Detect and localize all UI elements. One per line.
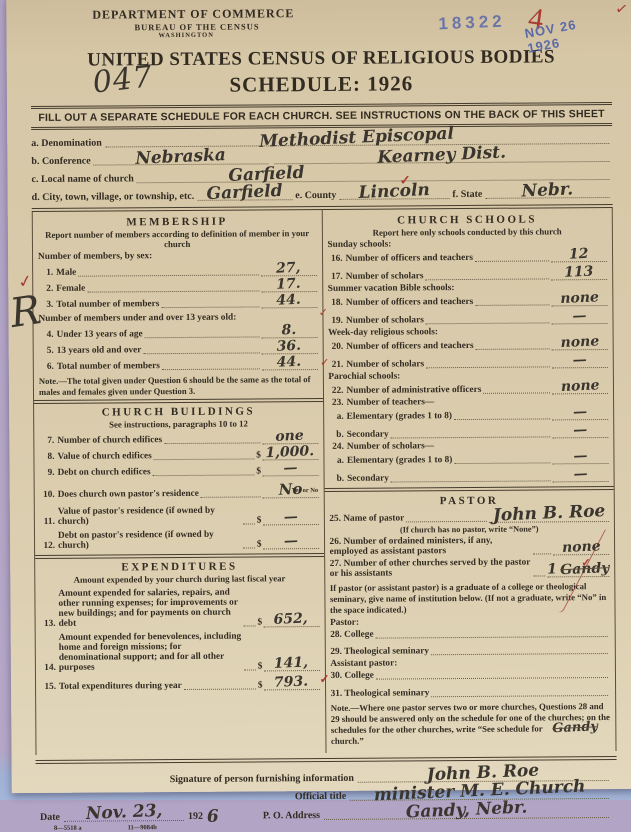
pastor-note: Note.—Where one pastor serves two or mor… xyxy=(331,701,611,747)
q21-number: 21. xyxy=(328,360,343,370)
q7-label: Number of church edifices xyxy=(57,436,162,447)
q6-answer-line: 44. xyxy=(261,358,317,370)
question-30: 30. College xyxy=(330,669,610,681)
q24a-number: a. xyxy=(329,456,344,466)
q23a-label: Elementary (grades 1 to 8) xyxy=(347,411,452,422)
q20-label: Number of officers and teachers xyxy=(346,341,473,352)
question-27: 27. Number of other churches served by t… xyxy=(330,557,610,579)
expenditures-title: EXPENDITURES xyxy=(40,560,319,574)
q23a-answer-line: — xyxy=(552,408,608,420)
q20-answer-line: none xyxy=(552,338,608,350)
buildings-title: CHURCH BUILDINGS xyxy=(39,405,318,419)
state-value: Nebr. xyxy=(521,184,573,198)
conference-line: Nebraska xyxy=(94,150,269,165)
dotted-leader xyxy=(184,689,256,691)
members-by-age-heading: Number of members under and over 13 year… xyxy=(38,312,317,324)
question-10: 10.Does church own pastor's residenceNoY… xyxy=(40,484,319,500)
q14-label: Amount expended for benevolences, includ… xyxy=(59,632,242,673)
q4-answer-line: 8. xyxy=(261,326,317,338)
question-26: 26. Number of ordained ministers, if any… xyxy=(330,535,610,557)
assistant-pastor-subheading: Assistant pastor: xyxy=(330,657,610,669)
q17-answer-line: 113 xyxy=(551,268,607,280)
schools-title: CHURCH SCHOOLS xyxy=(327,213,607,227)
q17-label: Number of scholars xyxy=(346,271,424,282)
q24a-label: Elementary (grades 1 to 8) xyxy=(347,455,452,466)
dotted-leader xyxy=(426,322,550,324)
q24b-label: Secondary xyxy=(347,474,389,484)
dotted-leader xyxy=(431,653,608,655)
q13-value: 652, xyxy=(274,615,308,626)
question-18: 18.Number of officers and teachersnone xyxy=(328,294,608,308)
dollar-sign: $ xyxy=(257,540,262,550)
county-value: Lincoln xyxy=(358,185,430,200)
q18-answer-line: none xyxy=(551,294,607,306)
q17-value: 113 xyxy=(564,268,594,279)
q24a-value: — xyxy=(573,452,587,462)
dotted-leader xyxy=(78,274,258,276)
q17-number: 17. xyxy=(328,272,343,282)
q15-label: Total expenditures during year xyxy=(59,681,182,692)
dotted-leader xyxy=(406,521,487,523)
denomination-line: Methodist Episcopal xyxy=(105,130,610,148)
q27-answer-line: ✓1Gandy xyxy=(547,565,609,577)
q14-answer-line: 141, xyxy=(263,659,319,671)
q8-label: Value of church edifices xyxy=(57,452,151,463)
question-17: 17.Number of scholars113 xyxy=(328,268,608,282)
q18-value: none xyxy=(560,293,599,304)
q22-number: 22. xyxy=(328,386,343,396)
q5-answer-line: 36. xyxy=(261,342,317,354)
section-divider xyxy=(324,486,614,492)
city-value: Garfield xyxy=(206,186,282,201)
q15-answer-line: 793.✓ xyxy=(263,678,319,690)
q31-label: 31. Theological seminary xyxy=(331,688,430,699)
serial-number-stamp: 18322 xyxy=(438,12,506,35)
dotted-leader xyxy=(391,480,551,482)
q24-number: 24. xyxy=(329,442,344,452)
dotted-leader xyxy=(533,553,551,554)
q3-value: 44. xyxy=(276,296,301,307)
pastor-note-fill-value: Gandy xyxy=(545,722,607,734)
dotted-leader xyxy=(164,443,260,445)
dotted-leader xyxy=(426,366,550,368)
q6-value: 44. xyxy=(277,358,302,369)
pastor-subheading: Pastor: xyxy=(330,616,610,628)
question-19: 19.Number of scholars— xyxy=(328,312,608,326)
question-16: 16.Number of officers and teachers12 xyxy=(328,250,608,264)
sunday-schools-heading: Sunday schools: xyxy=(327,238,607,250)
q4-value: 8. xyxy=(282,326,297,336)
question-24: 24.Number of scholars— xyxy=(329,440,609,452)
q28-label: 28. College xyxy=(330,630,373,640)
dotted-leader xyxy=(145,336,259,338)
q20-value: none xyxy=(560,337,599,348)
q29-label: 29. Theological seminary xyxy=(330,646,429,657)
form-subtitle: 047 SCHEDULE: 1926 xyxy=(31,70,612,99)
q5-label: 13 years old and over xyxy=(57,345,142,356)
schools-subtitle: Report here only schools conducted by th… xyxy=(327,226,607,238)
dotted-leader xyxy=(454,418,550,420)
q9-value: — xyxy=(283,464,297,474)
conference-label: b. Conference xyxy=(31,156,90,167)
q11-answer-line: — xyxy=(262,513,318,525)
question-31: 31. Theological seminary xyxy=(331,687,611,699)
dotted-leader xyxy=(431,695,608,697)
field-denomination: a. Denomination Methodist Episcopal xyxy=(31,130,612,149)
q12-label: Debt on pastor's residence (if owned by … xyxy=(58,530,241,551)
q2-number: 2. xyxy=(38,284,53,294)
q13-answer-line: 652, xyxy=(263,615,319,627)
q23b-answer-line: — xyxy=(552,426,608,438)
dollar-sign: $ xyxy=(256,467,261,477)
q16-number: 16. xyxy=(328,254,343,264)
q1-label: Male xyxy=(56,268,76,278)
state-label: f. State xyxy=(452,189,482,200)
dotted-leader xyxy=(376,636,608,639)
local-name-label: c. Local name of church xyxy=(31,173,133,185)
question-22: 22.Number of administrative officersnone xyxy=(328,382,608,396)
signature-block: Signature of person furnishing informati… xyxy=(36,762,617,800)
membership-subtitle: Report number of members according to de… xyxy=(38,228,317,250)
question-14: 14.Amount expended for benevolences, inc… xyxy=(41,631,320,673)
question-3: 3.Total number of members44. xyxy=(38,296,317,310)
q10-number: 10. xyxy=(40,490,55,500)
q25-label: 25. Name of pastor xyxy=(329,513,404,524)
question-12: 12.Debt on pastor's residence (if owned … xyxy=(40,529,319,551)
dotted-leader xyxy=(243,626,255,627)
instruction-banner-text: FILL OUT A SEPARATE SCHEDULE FOR EACH CH… xyxy=(31,104,612,128)
q20-number: 20. xyxy=(328,342,343,352)
q19-label: Number of scholars xyxy=(346,315,424,326)
q22-value: none xyxy=(560,381,599,392)
q25-answer-line: John B. Roe xyxy=(489,508,609,523)
section-divider xyxy=(34,398,323,404)
q24b-number: b. xyxy=(329,474,344,484)
question-6: 6.Total number of members44. xyxy=(39,358,318,372)
q10-label: Does church own pastor's residence xyxy=(58,489,199,500)
question-11: 11.Value of pastor's residence (if owned… xyxy=(40,505,319,527)
dotted-leader xyxy=(201,497,260,498)
question-29: 29. Theological seminary xyxy=(330,645,610,657)
q30-label: 30. College xyxy=(330,671,373,681)
dotted-leader xyxy=(476,348,550,350)
q6-label: Total number of members xyxy=(57,361,160,372)
official-title-row: Official title minister M. E. Church xyxy=(295,786,613,800)
q24b-value: — xyxy=(573,470,587,480)
q13-number: 13. xyxy=(41,619,56,629)
census-form-page: DEPARTMENT OF COMMERCE BUREAU OF THE CEN… xyxy=(6,0,631,793)
q11-number: 11. xyxy=(40,517,55,527)
q9-label: Debt on church edifices xyxy=(58,468,151,479)
membership-title: MEMBERSHIP xyxy=(38,215,317,229)
q24-label: Number of scholars— xyxy=(347,441,434,452)
dollar-sign: $ xyxy=(258,662,263,672)
dotted-leader xyxy=(483,392,550,393)
conference-value: Nebraska xyxy=(136,150,227,166)
q11-label: Value of pastor's residence (if owned by… xyxy=(58,506,241,527)
q1-number: 1. xyxy=(38,268,53,278)
q10-answer-line: NoYes or No xyxy=(262,484,318,498)
pastor-name-value: John B. Roe xyxy=(492,506,605,523)
dollar-sign: $ xyxy=(258,681,263,691)
q3-number: 3. xyxy=(38,300,53,310)
question-23a: a.Elementary (grades 1 to 8)— xyxy=(329,408,609,422)
red-code-handwritten: 047 xyxy=(92,66,154,94)
q22-label: Number of administrative officers xyxy=(346,385,481,396)
membership-note: Note.—The total given under Question 6 s… xyxy=(39,374,318,397)
q19-value: — xyxy=(572,312,586,322)
dotted-leader xyxy=(244,670,256,671)
question-23b: b.Secondary— xyxy=(329,426,609,440)
q9-answer-line: — xyxy=(262,464,318,476)
q24a-answer-line: — xyxy=(552,452,608,464)
county-label: e. County xyxy=(295,190,336,201)
field-conference: b. Conference Nebraska Kearney Dist. xyxy=(31,148,612,167)
official-title-line: minister M. E. Church xyxy=(350,786,609,800)
section-divider xyxy=(35,553,324,559)
dotted-leader xyxy=(475,304,549,306)
dotted-leader xyxy=(376,677,608,680)
dotted-leader xyxy=(454,462,550,464)
q26-label: 26. Number of ordained ministers, if any… xyxy=(330,536,531,557)
q12-number: 12. xyxy=(40,541,55,551)
signature-label: Signature of person furnishing informati… xyxy=(170,773,354,785)
question-28: 28. College xyxy=(330,628,610,640)
q1-answer-line: 27, xyxy=(261,264,317,276)
q21-label: Number of scholars xyxy=(346,359,424,370)
q23a-number: a. xyxy=(329,412,344,422)
q12-value: — xyxy=(283,537,297,547)
q6-number: 6. xyxy=(39,362,54,372)
q27-red-number: 1 xyxy=(547,565,557,575)
q5-number: 5. xyxy=(39,346,54,356)
state-line: Nebr. xyxy=(485,184,609,199)
dotted-leader xyxy=(243,524,255,525)
q27-label: 27. Number of other churches served by t… xyxy=(330,558,531,579)
q18-number: 18. xyxy=(328,298,343,308)
dotted-leader xyxy=(533,575,545,576)
identification-fields: ✓ R a. Denomination Methodist Episcopal … xyxy=(31,130,612,203)
instruction-banner: FILL OUT A SEPARATE SCHEDULE FOR EACH CH… xyxy=(31,102,612,130)
district-value: Kearney Dist. xyxy=(377,147,506,164)
question-23: 23.Number of teachers— xyxy=(329,396,609,408)
dotted-leader xyxy=(87,290,259,292)
q7-value: one xyxy=(275,432,304,443)
dotted-leader xyxy=(426,278,550,280)
dotted-leader xyxy=(475,260,549,262)
q23b-label: Secondary xyxy=(347,430,389,440)
q21-answer-line: — xyxy=(552,356,608,368)
q3-answer-line: 44. xyxy=(261,296,317,308)
q8-number: 8. xyxy=(39,452,54,462)
q8-answer-line: 1,000. xyxy=(262,448,318,460)
q15-value: 793. xyxy=(274,678,308,689)
q9-number: 9. xyxy=(40,468,55,478)
city-line: Garfield xyxy=(197,186,292,201)
q24b-answer-line: — xyxy=(553,470,609,482)
q2-value: 17. xyxy=(276,280,301,291)
yes-or-no-hint: Yes or No xyxy=(292,487,319,494)
q2-label: Female xyxy=(56,284,85,294)
dotted-leader xyxy=(161,306,258,308)
form-header: DEPARTMENT OF COMMERCE BUREAU OF THE CEN… xyxy=(30,4,611,48)
q14-value: 141, xyxy=(274,659,308,670)
q4-label: Under 13 years of age xyxy=(57,329,143,340)
q19-answer-line: — xyxy=(551,312,607,324)
question-9: 9.Debt on church edifices$— xyxy=(40,464,319,478)
q23-label: Number of teachers— xyxy=(347,397,435,408)
city-label: d. City, town, village, or township, etc… xyxy=(32,191,195,203)
right-column: CHURCH SCHOOLS Report here only schools … xyxy=(322,208,615,753)
question-15: 15.Total expenditures during year$793.✓ xyxy=(41,678,320,692)
dotted-leader xyxy=(143,352,259,354)
q18-label: Number of officers and teachers xyxy=(346,297,473,308)
question-20: 20.Number of officers and teachersnone xyxy=(328,338,608,352)
official-title-value: minister M. E. Church xyxy=(374,782,586,799)
dollar-sign: $ xyxy=(257,618,262,628)
q16-label: Number of officers and teachers xyxy=(346,253,473,264)
denomination-label: a. Denomination xyxy=(31,138,102,149)
question-24a: a.Elementary (grades 1 to 8)— xyxy=(329,452,609,466)
county-line: ✓ Lincoln xyxy=(339,185,449,200)
dotted-leader xyxy=(154,459,255,461)
q25-hint: (If church has no pastor, write “None”) xyxy=(329,524,609,535)
question-21: 21.Number of scholars— xyxy=(328,356,608,370)
q22-answer-line: none xyxy=(552,382,608,394)
q13-label: Amount expended for salaries, repairs, a… xyxy=(58,588,241,629)
dotted-leader xyxy=(162,368,259,370)
question-13: 13.Amount expended for salaries, repairs… xyxy=(40,587,319,629)
q16-answer-line: 12 xyxy=(551,250,607,262)
dollar-sign: $ xyxy=(257,516,262,526)
field-city-county-state: d. City, town, village, or township, etc… xyxy=(32,184,613,203)
q8-value: 1,000. xyxy=(265,448,314,460)
schedule-year: SCHEDULE: 1926 xyxy=(229,71,413,96)
q21-value: — xyxy=(573,356,587,366)
district-line: Kearney Dist. xyxy=(275,148,610,164)
dollar-sign: $ xyxy=(256,451,261,461)
expenditures-subtitle: Amount expended by your church during la… xyxy=(40,573,319,585)
dotted-leader xyxy=(391,436,551,438)
form-columns: ✓ ✓ MEMBERSHIP Report number of members … xyxy=(32,208,617,755)
q14-number: 14. xyxy=(41,663,56,673)
q26-value: none xyxy=(562,542,601,553)
q16-value: 12 xyxy=(569,250,589,261)
q1-value: 27, xyxy=(276,264,301,275)
dotted-leader xyxy=(153,475,255,477)
q27-struck-value: Gandy xyxy=(560,564,610,576)
q2-answer-line: 17. xyxy=(261,280,317,292)
question-8: 8.Value of church edifices$1,000. xyxy=(39,448,318,462)
q7-number: 7. xyxy=(39,436,54,446)
q23b-value: — xyxy=(573,426,587,436)
q19-number: 19. xyxy=(328,316,343,326)
official-title-label: Official title xyxy=(295,791,346,800)
dotted-leader xyxy=(243,548,255,549)
q26-answer-line: none xyxy=(553,543,609,555)
q15-number: 15. xyxy=(41,682,56,692)
q12-answer-line: — xyxy=(263,537,319,549)
pastor-note-end: church.” xyxy=(331,736,364,746)
q4-number: 4. xyxy=(39,330,54,340)
q3-label: Total number of members xyxy=(56,299,159,310)
question-24b: b.Secondary— xyxy=(329,470,609,484)
red-check-mark-top-right: ✓ xyxy=(614,0,630,20)
q23-number: 23. xyxy=(329,398,344,408)
left-column: ✓ ✓ MEMBERSHIP Report number of members … xyxy=(33,210,326,755)
question-25: 25. Name of pastorJohn B. Roe xyxy=(329,508,609,524)
q23a-value: — xyxy=(573,408,587,418)
q23b-number: b. xyxy=(329,430,344,440)
q5-value: 36. xyxy=(277,342,302,353)
q11-value: — xyxy=(283,513,297,523)
signature-value: John B. Roe xyxy=(427,766,540,779)
